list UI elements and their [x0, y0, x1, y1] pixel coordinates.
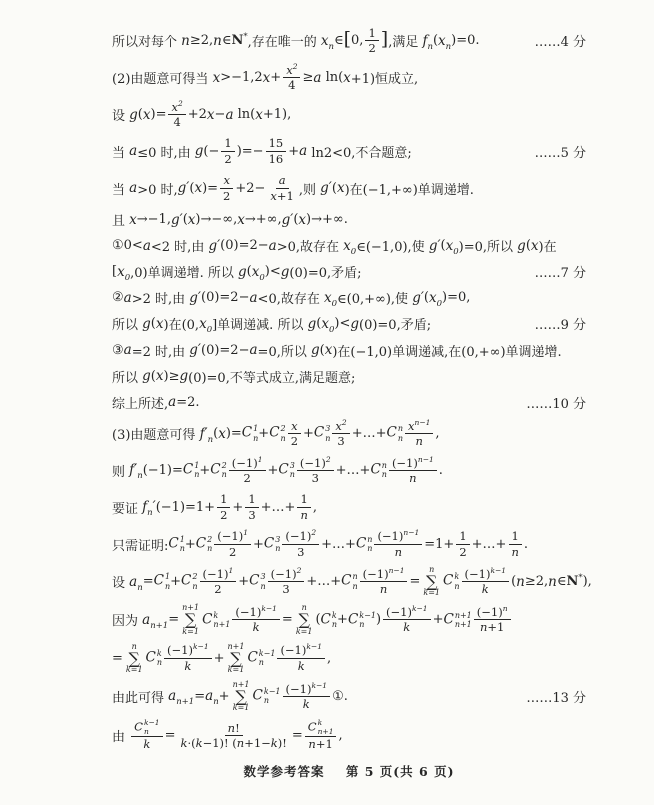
- text-run: 要证: [112, 498, 142, 517]
- math-variable: g′: [429, 238, 441, 254]
- summation: n∑k=1: [126, 643, 143, 674]
- superscript-term: (−1)k−1: [286, 682, 328, 696]
- binomial-coefficient: Ck−1n: [253, 687, 281, 705]
- text-run: +2: [188, 107, 207, 122]
- text-run: 2: [291, 434, 298, 448]
- lower-index: n: [259, 658, 276, 667]
- denominator: n: [392, 545, 405, 559]
- text-run: +: [268, 463, 279, 478]
- text-run: 3: [312, 471, 319, 485]
- text-run: )=: [202, 181, 218, 196]
- lower-index: n: [157, 658, 162, 667]
- text-run: 1: [459, 529, 466, 543]
- text-run: (3)由题意可得: [112, 424, 200, 443]
- superscript-term: (−1)k−1: [465, 567, 507, 581]
- index: *: [578, 573, 582, 583]
- stacked-indices: k−1n: [359, 611, 376, 629]
- base: x: [343, 238, 351, 254]
- base: x: [199, 316, 207, 332]
- text-run: (−1)=1+: [156, 500, 215, 515]
- fraction: 12: [217, 492, 230, 522]
- base: C: [314, 425, 324, 441]
- answer-line-4: 当 a≤0 时,由 g(−12)=−1516+a ln2<0,不合题意;……5 …: [112, 136, 586, 166]
- text-run: )<: [334, 316, 350, 331]
- text-run: +…+: [321, 537, 356, 552]
- fraction: (−1)n−1n: [389, 456, 437, 486]
- text-run: 只需证明:: [112, 535, 168, 554]
- text-run: 2: [368, 41, 375, 55]
- math-variable: x: [194, 180, 202, 196]
- superscript-term: x2: [335, 419, 346, 433]
- base: (−1): [386, 605, 412, 619]
- numerator: 1: [297, 492, 310, 507]
- binomial-coefficient: Cnn: [356, 535, 373, 553]
- math-variable: x: [129, 212, 137, 228]
- fraction: (−1)k−1k: [383, 605, 431, 635]
- stacked-indices: nn: [398, 424, 403, 442]
- summation: n∑k=1: [296, 604, 313, 635]
- text-run: >0 时,: [137, 179, 177, 198]
- math-variable: x: [298, 212, 306, 228]
- text-run: 所以: [112, 314, 142, 333]
- text-run: +: [270, 70, 281, 85]
- binomial-coefficient: Ckn+1: [202, 611, 230, 629]
- text-run: ③: [112, 343, 124, 358]
- denominator: 2: [220, 189, 233, 203]
- stacked-indices: 2n: [281, 424, 286, 442]
- denominator: k: [250, 620, 263, 634]
- subscript-term: x0: [429, 290, 442, 306]
- denominator: k: [295, 659, 308, 673]
- base: C: [134, 720, 143, 734]
- text-run: 1: [224, 136, 231, 150]
- text-run: →−1,: [137, 212, 171, 227]
- answer-line-16: 要证 fn′(−1)=1+12+13+…+1n,: [112, 492, 586, 522]
- numerator: x: [288, 419, 301, 434]
- text-run: +: [232, 500, 243, 515]
- math-variable: n: [181, 33, 190, 49]
- binomial-coefficient: C3n: [314, 424, 331, 442]
- denominator: k: [300, 697, 313, 711]
- superscript-term: (−1)1: [217, 529, 248, 543]
- math-variable: g′: [320, 180, 332, 196]
- stacked-indices: n+1n+1: [455, 611, 472, 629]
- math-variable: a: [129, 180, 137, 196]
- index: 0: [453, 247, 458, 257]
- footer-page-number: 第 5 页(共 6 页): [346, 764, 455, 779]
- numerator: (−1)2: [282, 529, 319, 544]
- text-run: 所以对每个: [112, 31, 181, 50]
- binomial-coefficient: C3n: [249, 572, 266, 590]
- math-variable: a: [225, 107, 233, 123]
- lower-index: n: [144, 728, 160, 737]
- lower-index: n: [382, 470, 387, 479]
- index: k−1: [490, 566, 506, 575]
- subscript-term: x0: [117, 264, 130, 280]
- math-variable: g: [142, 368, 151, 384]
- fraction: x2: [288, 419, 301, 449]
- lower-index: n: [275, 544, 280, 553]
- text-run: )<: [265, 264, 281, 279]
- text-run: )=0.: [451, 33, 479, 48]
- numerator: (−1)k−1: [383, 605, 431, 620]
- stacked-indices: kn+1: [318, 719, 334, 736]
- math-variable: k: [298, 659, 305, 673]
- index: 0: [259, 273, 264, 283]
- text-run: +2−: [235, 181, 265, 196]
- base: (−1): [271, 567, 297, 581]
- base: f′: [200, 426, 208, 442]
- denominator: n: [297, 508, 310, 522]
- math-variable: x: [337, 180, 345, 196]
- math-variable: a: [129, 143, 137, 159]
- fraction: 12: [456, 529, 469, 559]
- stacked-indices: 3n: [290, 461, 295, 479]
- numerator: 1: [217, 492, 230, 507]
- text-run: )!: [278, 736, 287, 750]
- subscript-term: xn: [321, 33, 334, 49]
- text-run: 1: [368, 26, 375, 40]
- upper-index: 3: [275, 535, 280, 544]
- answer-line-17: 只需证明:C1n+C2n(−1)12+C3n(−1)23+…+Cnn(−1)n−…: [112, 529, 586, 559]
- stacked-indices: 2n: [207, 535, 212, 553]
- index: 2: [311, 528, 316, 537]
- base: x: [321, 33, 329, 49]
- base: x: [438, 33, 446, 49]
- text-run: 当: [112, 179, 129, 198]
- text-run: +…+: [472, 537, 507, 552]
- text-run: (0)=0,矛盾;: [289, 262, 361, 281]
- denominator: n: [412, 434, 425, 448]
- subscript-term: x0: [199, 316, 212, 332]
- footer-doc-title: 数学参考答案: [243, 764, 324, 779]
- stacked-indices: nn: [382, 461, 387, 479]
- text-run: +…+: [352, 426, 387, 441]
- text-run: 设: [112, 572, 129, 591]
- index: 2: [297, 566, 302, 575]
- numerator: x2: [168, 100, 185, 115]
- text-run: )=0,所以: [459, 236, 518, 255]
- stacked-indices: k−1n: [144, 719, 160, 736]
- math-variable: x: [156, 316, 164, 332]
- fraction: (−1)23: [268, 567, 305, 597]
- index: n: [427, 42, 432, 52]
- binomial-coefficient: C3n: [264, 535, 281, 553]
- text-run: +1: [487, 620, 504, 634]
- math-variable: n: [395, 545, 402, 559]
- text-run: ∈(0,+∞),使: [337, 288, 412, 307]
- numerator: 1: [245, 492, 258, 507]
- text-run: =: [282, 612, 293, 627]
- text-run: .: [524, 537, 528, 552]
- text-run: 且: [112, 210, 129, 229]
- text-run: ≥: [302, 70, 313, 85]
- subscript-term: an: [129, 574, 143, 590]
- stacked-indices: 3n: [325, 424, 330, 442]
- math-variable: x: [223, 173, 230, 187]
- text-run: −: [215, 107, 226, 122]
- index: n: [137, 583, 142, 593]
- index: n: [503, 604, 508, 613]
- base: x: [117, 264, 125, 280]
- base: C: [146, 650, 156, 666]
- numerator: 1: [365, 26, 378, 41]
- score-marker: ……9 分: [529, 314, 586, 333]
- binomial-coefficient: Cnn: [387, 424, 404, 442]
- text-run: 0,: [351, 33, 363, 48]
- denominator: 4: [285, 78, 298, 92]
- binomial-coefficient: Cn+1n+1: [443, 611, 471, 629]
- math-variable: x: [255, 107, 263, 123]
- text-run: +1: [316, 737, 333, 751]
- subscript-term: fn: [142, 499, 152, 515]
- subscript-term: x0: [343, 238, 356, 254]
- denominator: 3: [309, 471, 322, 485]
- numerator: (−1)k−1: [232, 605, 280, 620]
- text-run: 2: [224, 152, 231, 166]
- text-run: +: [238, 574, 249, 589]
- base: C: [387, 425, 397, 441]
- upper-index: n: [367, 535, 372, 544]
- answer-lines: 所以对每个 n≥2,n∈N*,存在唯一的 xn∈[0,12],满足 fn(xn)…: [112, 26, 586, 752]
- numerator: 1: [456, 529, 469, 544]
- base: C: [264, 536, 274, 552]
- answer-line-21: 由此可得 an+1=an+n+1∑k=1Ck−1n(−1)k−1k①.……13 …: [112, 681, 586, 712]
- text-run: 由: [112, 726, 129, 745]
- numerator: 1: [221, 136, 234, 151]
- index: 0: [332, 299, 337, 309]
- math-variable: x: [213, 70, 221, 86]
- superscript-term: (−1)2: [300, 456, 331, 470]
- binomial-coefficient: C1n: [183, 461, 200, 479]
- text-run: 3: [297, 545, 304, 559]
- text-run: ,: [313, 500, 317, 515]
- numerator: Ck−1n: [131, 719, 162, 737]
- fraction: 1n: [508, 529, 521, 559]
- text-run: +: [258, 426, 269, 441]
- math-variable: g: [179, 368, 188, 384]
- numerator: x2: [283, 63, 300, 78]
- math-variable: n: [228, 721, 235, 735]
- math-variable: a: [124, 290, 132, 306]
- text-run: 2: [229, 545, 236, 559]
- superscript-term: (−1)n: [477, 605, 508, 619]
- text-run: 3: [282, 582, 289, 596]
- text-run: (0)=0,不等式成立,满足题意;: [188, 367, 355, 386]
- stacked-indices: 3n: [260, 572, 265, 590]
- lower-index: n+1: [213, 620, 230, 629]
- base: (−1): [167, 643, 193, 657]
- base: a: [129, 574, 137, 590]
- stacked-indices: k−1n: [264, 687, 281, 705]
- index: 2: [326, 455, 331, 464]
- subscript-term: fn: [422, 33, 432, 49]
- answer-line-20: =n∑k=1Ckn(−1)k−1k+n+1∑k=1Ck−1n(−1)k−1k,: [112, 643, 586, 674]
- stacked-indices: kn: [157, 649, 162, 667]
- denominator: 2: [240, 471, 253, 485]
- superscript-term: (−1)n−1: [377, 529, 419, 543]
- base: C: [443, 611, 453, 627]
- text-run: )=−: [237, 144, 264, 159]
- base: C: [253, 688, 263, 704]
- lower-limit: k=1: [182, 628, 199, 636]
- text-run: ]单调递减. 所以: [212, 314, 307, 333]
- text-run: !: [235, 721, 240, 735]
- text-run: (0)=2−: [201, 343, 249, 358]
- stacked-indices: nn: [367, 535, 372, 553]
- denominator: 3: [334, 434, 347, 448]
- fraction: x24: [168, 100, 185, 130]
- math-variable: g: [281, 264, 290, 280]
- text-run: +: [433, 612, 444, 627]
- summation: n+1∑k=1: [228, 643, 245, 674]
- text-run: +: [303, 426, 314, 441]
- answer-line-9: ②a>2 时,由 g′(0)=2−a<0,故存在 x0∈(0,+∞),使 g′(…: [112, 288, 586, 307]
- math-variable: g′: [189, 342, 201, 358]
- answer-line-2: (2)由题意可得当 x>−1,2x+x24≥a ln(x+1)恒成立,: [112, 63, 586, 93]
- text-run: +: [214, 651, 225, 666]
- base: (−1): [363, 567, 389, 581]
- text-run: +…+: [261, 500, 296, 515]
- numerator: Ckn+1: [305, 719, 337, 737]
- summation: n+1∑k=1: [233, 681, 250, 712]
- text-run: )=0,: [442, 290, 470, 305]
- superscript-term: (−1)n−1: [392, 456, 434, 470]
- binomial-coefficient: Ck−1n: [348, 611, 376, 629]
- index: n−1: [389, 566, 405, 575]
- denominator: 2: [288, 434, 301, 448]
- text-run: +: [253, 537, 264, 552]
- denominator: 2: [217, 508, 230, 522]
- text-run: =: [112, 651, 123, 666]
- text-run: )→−∞,: [195, 212, 237, 227]
- base: C: [249, 573, 259, 589]
- math-variable: n: [213, 33, 222, 49]
- denominator: n: [508, 545, 521, 559]
- base: C: [278, 462, 288, 478]
- index: 0: [207, 325, 212, 335]
- upper-index: k: [454, 572, 459, 581]
- stacked-indices: kn+1: [213, 611, 230, 629]
- index: 0: [125, 273, 130, 283]
- answer-line-11: ③a=2 时,由 g′(0)=2−a=0,所以 g(x)在(−1,0)单调递减,…: [112, 341, 586, 360]
- lower-index: n+1: [318, 728, 334, 737]
- text-run: 2: [459, 545, 466, 559]
- text-run: 则: [112, 461, 129, 480]
- index: n: [137, 471, 142, 481]
- text-run: )在: [539, 236, 557, 255]
- base: x: [171, 100, 178, 114]
- binomial-coefficient: Ckn+1: [308, 719, 334, 736]
- text-run: ,0)单调递增. 所以: [130, 262, 238, 281]
- base: C: [181, 573, 191, 589]
- denominator: k: [479, 582, 492, 596]
- text-run: =: [165, 728, 176, 743]
- base: (−1): [203, 567, 229, 581]
- math-variable: k: [184, 659, 191, 673]
- sigma-icon: ∑: [426, 574, 437, 589]
- fraction: (−1)nn+1: [474, 605, 511, 635]
- subscript-term: x0: [446, 238, 459, 254]
- answer-line-15: 则 f′n(−1)=C1n+C2n(−1)12+C3n(−1)23+…+Cnn(…: [112, 456, 586, 486]
- upper-index: 2: [207, 535, 212, 544]
- answer-line-14: (3)由题意可得 f′n(x)=C1n+C2nx2+C3nx23+…+Cnnxn…: [112, 419, 586, 449]
- math-variable: a: [249, 290, 257, 306]
- text-run: .: [439, 463, 443, 478]
- answer-line-1: 所以对每个 n≥2,n∈N*,存在唯一的 xn∈[0,12],满足 fn(xn)…: [112, 26, 586, 56]
- base: a: [168, 688, 176, 704]
- fraction: 1n: [297, 492, 310, 522]
- math-variable: k: [403, 620, 410, 634]
- binomial-coefficient: Ckn: [443, 572, 460, 590]
- lower-index: n+1: [455, 620, 472, 629]
- denominator: n: [377, 582, 390, 596]
- base: C: [196, 536, 206, 552]
- denominator: 3: [279, 582, 292, 596]
- math-variable: a: [143, 238, 151, 254]
- numerator: x: [220, 173, 233, 188]
- binomial-coefficient: Ckn: [321, 611, 338, 629]
- numerator: n!: [225, 721, 243, 736]
- answer-line-13: 综上所述,a=2.……10 分: [112, 393, 586, 412]
- base: C: [443, 573, 453, 589]
- text-run: ,满足: [388, 31, 422, 50]
- math-variable: g′: [178, 180, 190, 196]
- text-run: =0,所以: [258, 341, 311, 360]
- base: x: [408, 419, 415, 433]
- numerator: 15: [266, 136, 287, 151]
- index: 0: [329, 325, 334, 335]
- text-run: ∈: [334, 33, 344, 48]
- math-variable: a: [313, 70, 321, 86]
- math-variable: x: [218, 426, 226, 442]
- text-run: =: [168, 612, 179, 627]
- lower-index: n: [260, 582, 265, 591]
- base: C: [308, 720, 317, 734]
- index: *: [243, 32, 247, 42]
- text-run: >2 时,由: [132, 288, 190, 307]
- index: n+1: [176, 697, 194, 707]
- answer-line-18: 设 an=C1n+C2n(−1)12+C3n(−1)23+…+Cnn(−1)n−…: [112, 566, 586, 597]
- base: a: [205, 688, 213, 704]
- text-run: ,存在唯一的: [248, 31, 321, 50]
- upper-index: n: [398, 424, 403, 433]
- answer-line-22: 由 Ck−1nk=n!k·(k−1)! (n+1−k)!=Ckn+1n+1,: [112, 719, 586, 752]
- base: (−1): [465, 567, 491, 581]
- subscript-term: f′n: [200, 426, 214, 442]
- text-run: <2 时,由: [151, 236, 209, 255]
- base: x: [335, 419, 342, 433]
- text-run: ln(: [321, 70, 343, 85]
- answer-line-6: 且 x→−1,g′(x)→−∞,x→+∞,g′(x)→+∞.: [112, 210, 586, 229]
- numerator: x2: [332, 419, 349, 434]
- lower-limit: k=1: [423, 589, 440, 597]
- index: 0: [437, 299, 442, 309]
- text-run: 因为: [112, 610, 142, 629]
- upper-index: n: [382, 461, 387, 470]
- score-marker: ……7 分: [529, 262, 586, 281]
- score-marker: ……5 分: [529, 142, 586, 161]
- upper-index: 3: [325, 424, 330, 433]
- math-variable: a: [124, 342, 132, 358]
- math-variable: n: [511, 545, 518, 559]
- index: k−1: [311, 681, 327, 690]
- fraction: x24: [283, 63, 300, 93]
- text-run: ∈(−1,0),使: [356, 236, 429, 255]
- text-run: 3: [337, 434, 344, 448]
- math-variable: n: [480, 620, 487, 634]
- text-run: )=: [226, 426, 242, 441]
